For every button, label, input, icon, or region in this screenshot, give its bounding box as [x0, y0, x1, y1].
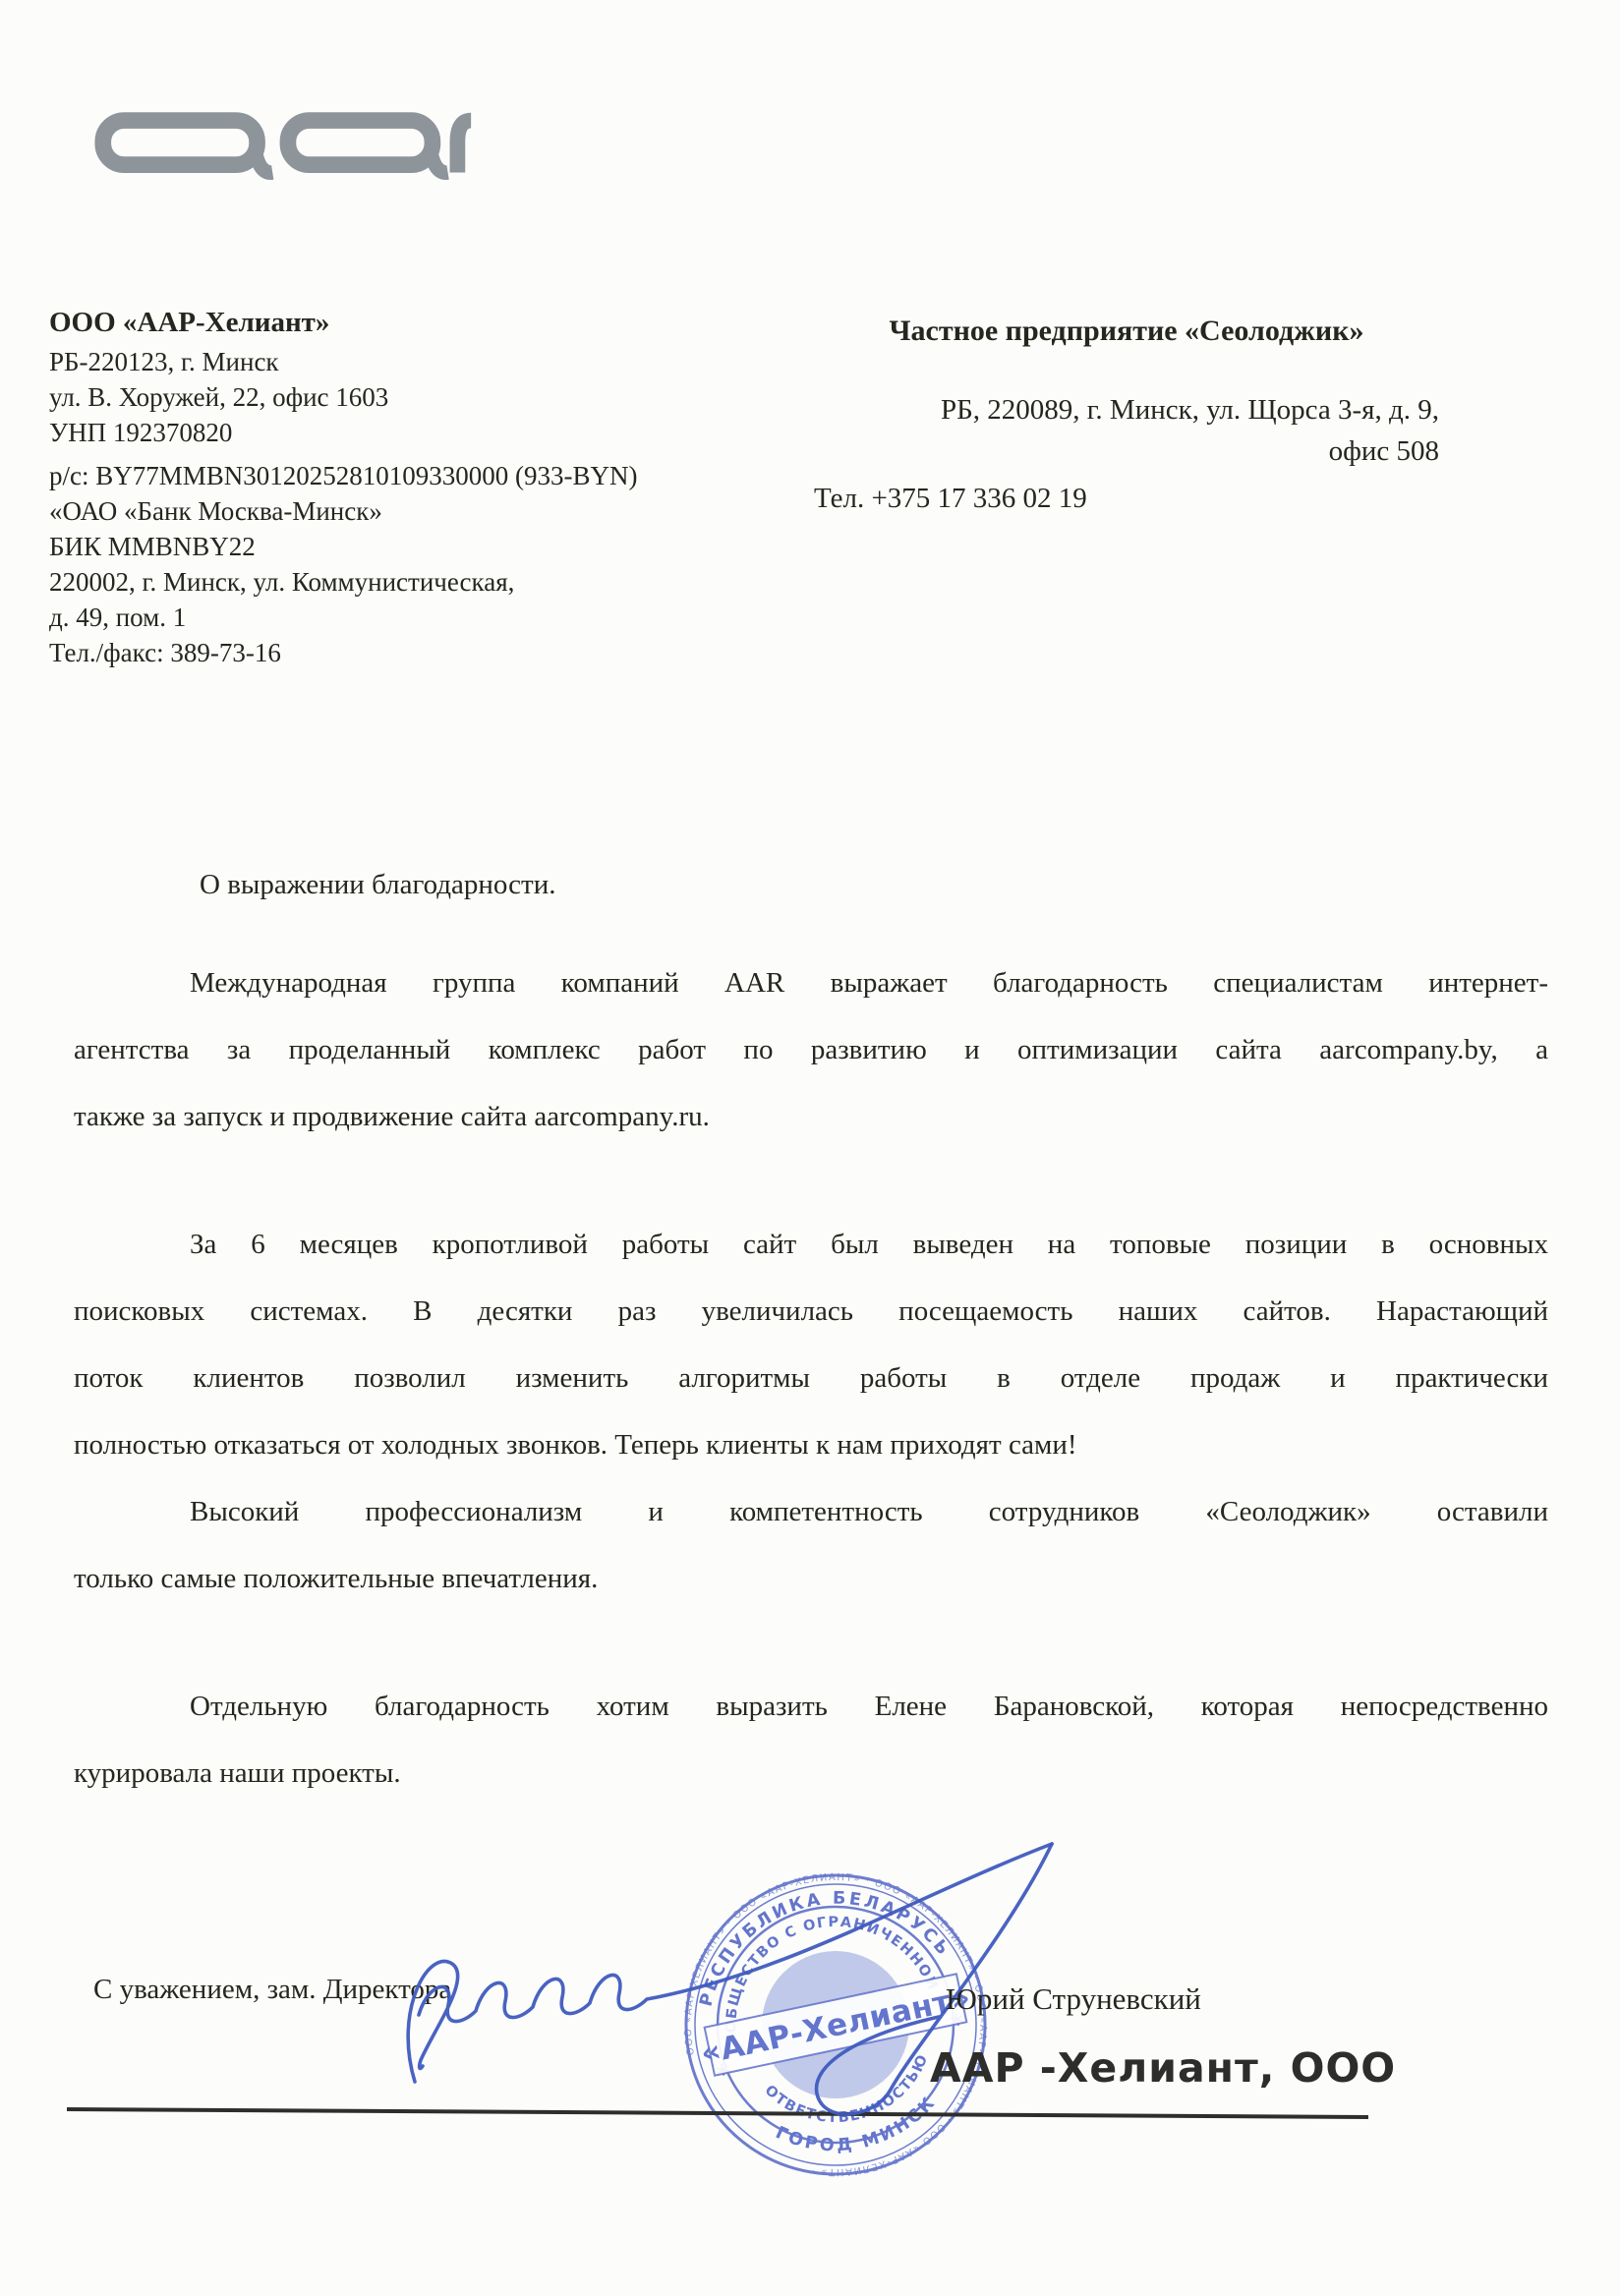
- scanned-letter-page: ООО «ААР-Хелиант» РБ-220123, г. Минскул.…: [0, 0, 1620, 2296]
- sender-line: Тел./факс: 389-73-16: [49, 635, 638, 670]
- body-line: поток клиентов позволил изменить алгорит…: [74, 1345, 1548, 1411]
- sender-line: «ОАО «Банк Москва-Минск»: [49, 493, 638, 529]
- body-line: только самые положительные впечатления.: [74, 1545, 1548, 1612]
- body-line: полностью отказаться от холодных звонков…: [74, 1411, 1548, 1478]
- letter-body: Международная группа компаний AAR выража…: [74, 949, 1548, 1807]
- body-line: также за запуск и продвижение сайта aarc…: [74, 1083, 1548, 1150]
- recipient-block: Частное предприятие «Сеолоджик» РБ, 2200…: [814, 311, 1439, 519]
- logo-letter-a2-tail: [431, 151, 448, 173]
- recipient-name: Частное предприятие «Сеолоджик»: [814, 311, 1439, 352]
- body-line: Международная группа компаний AAR выража…: [74, 949, 1548, 1016]
- body-paragraph: Международная группа компаний AAR выража…: [74, 949, 1548, 1150]
- body-line: За 6 месяцев кропотливой работы сайт был…: [74, 1211, 1548, 1278]
- body-paragraph: Отдельную благодарность хотим выразить Е…: [74, 1673, 1548, 1807]
- body-line: Высокий профессионализм и компетентность…: [74, 1478, 1548, 1545]
- sender-line: РБ-220123, г. Минск: [49, 344, 638, 379]
- logo-letter-r: [457, 121, 471, 173]
- sender-lines: РБ-220123, г. Минскул. В. Хоружей, 22, о…: [49, 344, 638, 670]
- sender-line: ул. В. Хоружей, 22, офис 1603: [49, 379, 638, 415]
- sender-line: д. 49, пом. 1: [49, 600, 638, 635]
- sender-line: УНП 192370820: [49, 415, 638, 450]
- sender-line: р/с: BY77MMBN30120252810109330000 (933-B…: [49, 458, 638, 493]
- aar-logo: [91, 106, 477, 187]
- recipient-address-line2: офис 508: [814, 430, 1439, 472]
- logo-letter-a2: [288, 121, 433, 165]
- logo-letter-a1-tail: [256, 151, 273, 173]
- letter-subject: О выражении благодарности.: [200, 869, 555, 901]
- recipient-address-line1: РБ, 220089, г. Минск, ул. Щорса 3-я, д. …: [814, 389, 1439, 430]
- body-line: поисковых системах. В десятки раз увелич…: [74, 1278, 1548, 1345]
- sender-name: ООО «ААР-Хелиант»: [49, 305, 638, 340]
- company-name-line: ААР -Хелиант, ООО: [930, 2044, 1396, 2092]
- body-line: Отдельную благодарность хотим выразить Е…: [74, 1673, 1548, 1740]
- body-paragraph: За 6 месяцев кропотливой работы сайт был…: [74, 1211, 1548, 1478]
- body-paragraph: Высокий профессионализм и компетентность…: [74, 1478, 1548, 1612]
- sender-line: БИК MMBNBY22: [49, 529, 638, 564]
- signer-name: Юрий Струневский: [946, 1981, 1201, 2017]
- sender-block: ООО «ААР-Хелиант» РБ-220123, г. Минскул.…: [49, 305, 638, 670]
- sender-line: 220002, г. Минск, ул. Коммунистическая,: [49, 564, 638, 600]
- logo-letter-a1: [103, 121, 258, 165]
- signature-scribble: [364, 1818, 1189, 2143]
- body-line: агентства за проделанный комплекс работ …: [74, 1016, 1548, 1083]
- recipient-phone: Тел. +375 17 336 02 19: [814, 478, 1439, 519]
- body-line: курировала наши проекты.: [74, 1740, 1548, 1807]
